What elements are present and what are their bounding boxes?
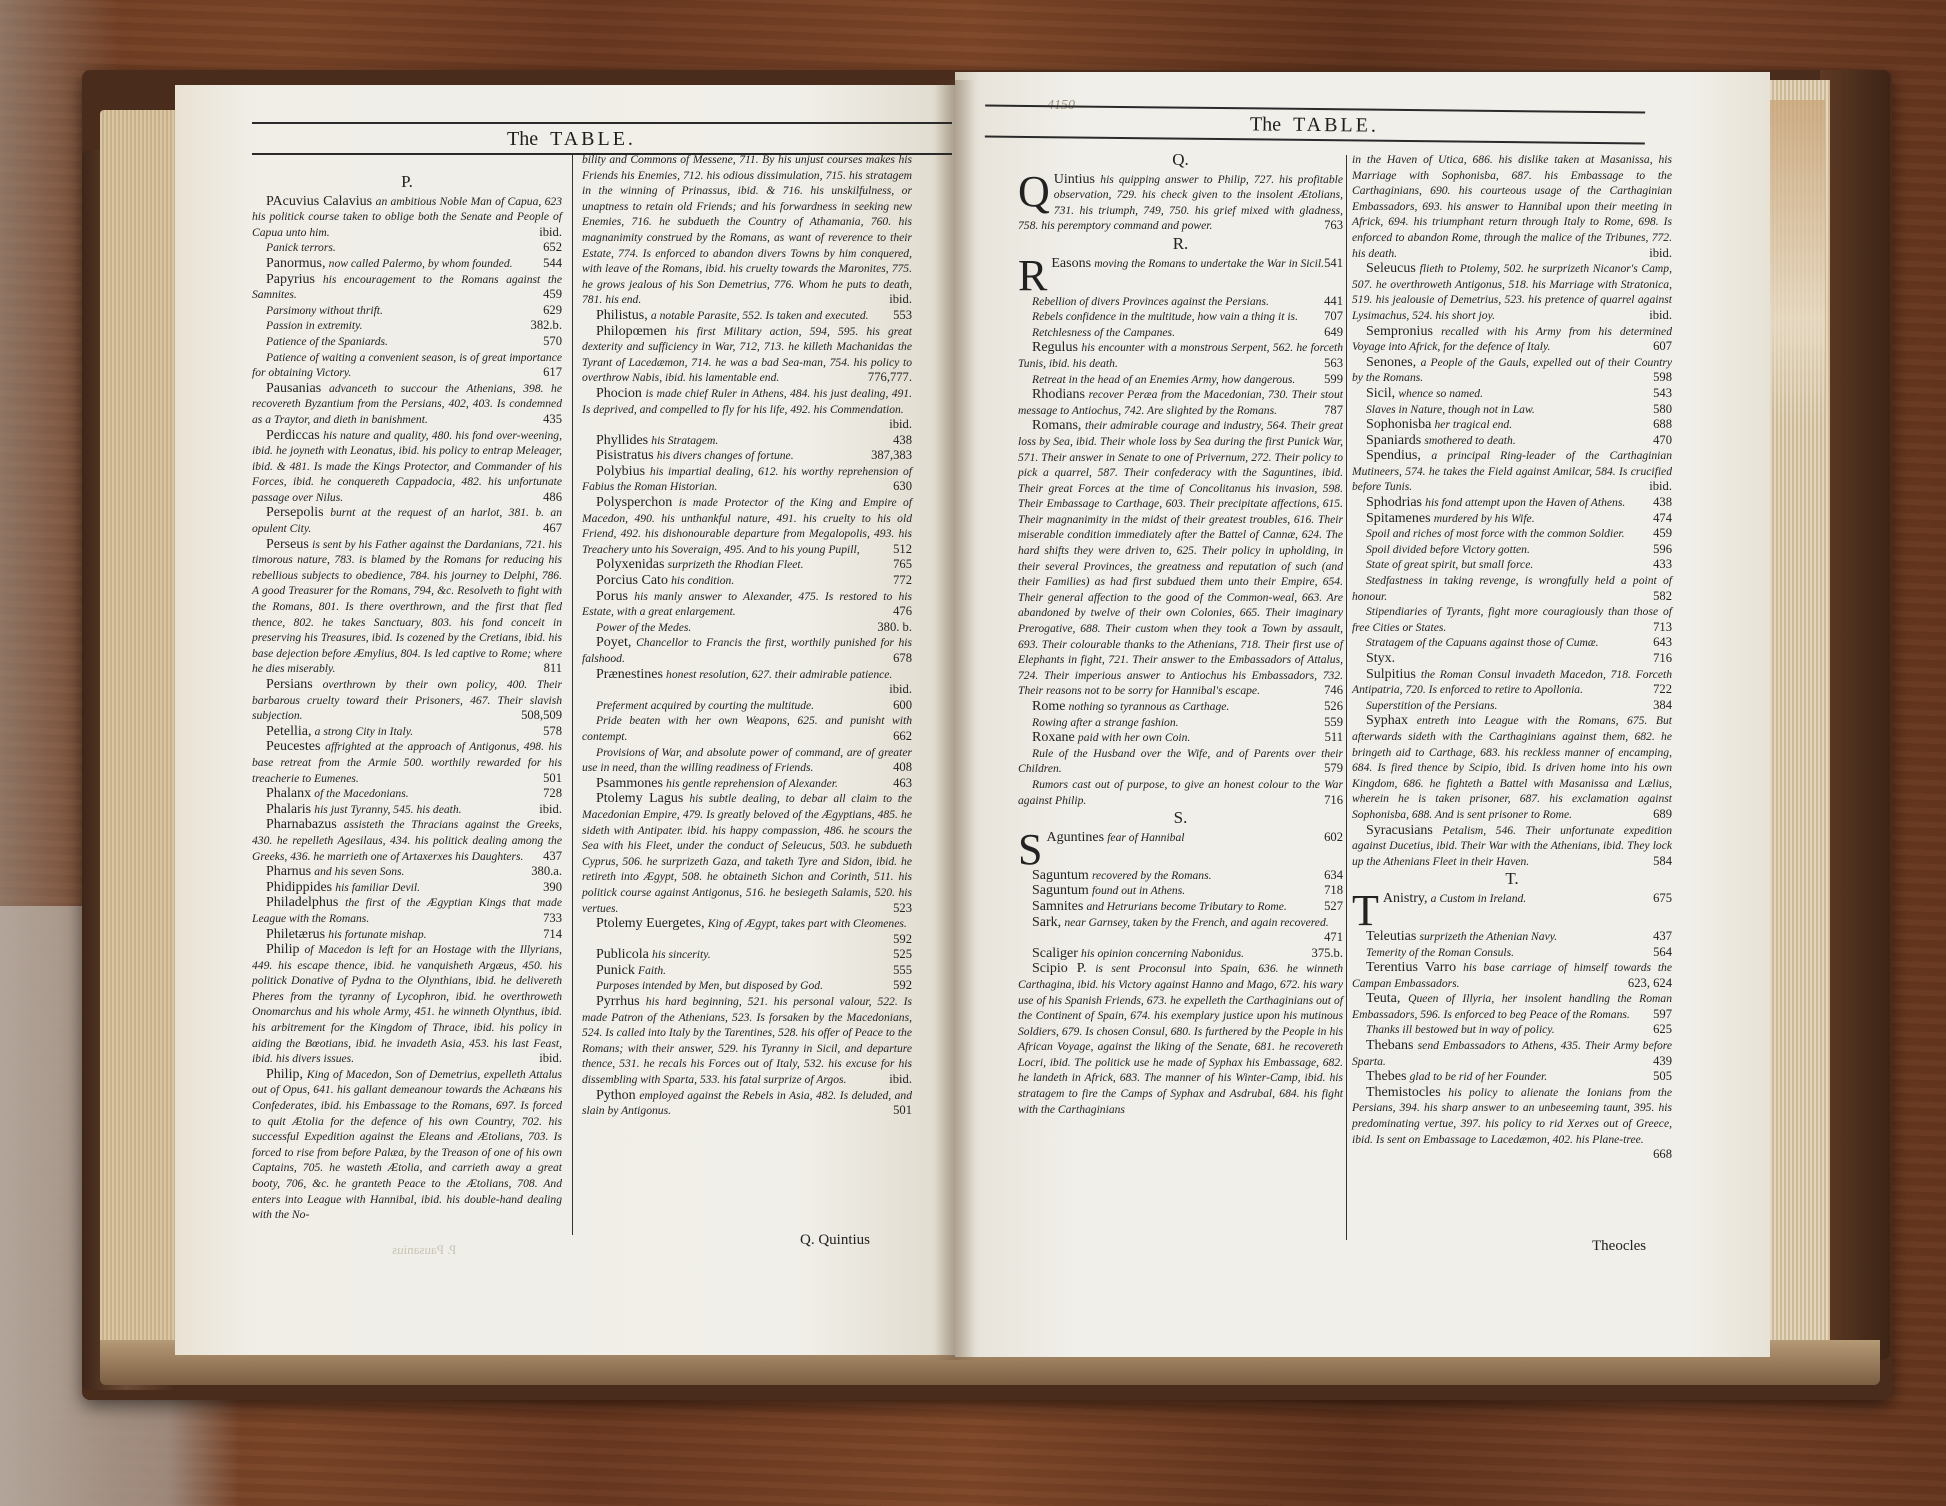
entry-name: Polybius <box>596 464 645 479</box>
entry-name: Thebes <box>1366 1069 1406 1084</box>
index-entry: Scaliger his opinion concerning Nabonidu… <box>1018 946 1343 962</box>
entry-name: Petellia, <box>266 724 312 739</box>
index-entry: Power of the Medes.380. b. <box>582 620 912 636</box>
page-reference: 582 <box>1639 589 1672 605</box>
entry-name: Porus <box>596 589 628 604</box>
entry-description: Stipendiaries of Tyrants, fight more cou… <box>1352 605 1672 634</box>
index-entry: Philip, King of Macedon, Son of Demetriu… <box>252 1067 562 1223</box>
page-reference: 668 <box>1639 1147 1672 1163</box>
page-reference: 597 <box>1639 1007 1672 1023</box>
page-reference: 390 <box>529 880 562 896</box>
entry-description: in the Haven of Utica, 686. his dislike … <box>1352 153 1672 260</box>
index-entry: Peucestes affrighted at the approach of … <box>252 739 562 786</box>
index-entry: Passion in extremity.382.b. <box>252 318 562 334</box>
page-reference: ibid. <box>875 417 912 433</box>
page-reference: 463 <box>879 776 912 792</box>
page-reference: 678 <box>879 651 912 667</box>
index-entry: Roxane paid with her own Coin.511 <box>1018 730 1343 746</box>
index-entry: Phalanx of the Macedonians.728 <box>252 786 562 802</box>
page-reference: 438 <box>1639 495 1672 511</box>
page-reference: 584 <box>1639 854 1672 870</box>
index-entry: Porcius Cato his condition.772 <box>582 573 912 589</box>
index-entries: in the Haven of Utica, 686. his dislike … <box>1352 152 1672 1163</box>
entry-description: their admirable courage and industry, 56… <box>1018 419 1343 697</box>
entry-name: Samnites <box>1032 899 1083 914</box>
entry-name: Sophonisba <box>1366 417 1431 432</box>
index-entry: Panormus, now called Palermo, by whom fo… <box>252 256 562 272</box>
page-reference: 501 <box>879 1103 912 1119</box>
entry-description: his opinion concerning Nabonidus. <box>1081 947 1244 960</box>
page-reference: 625 <box>1639 1022 1672 1038</box>
index-entry: bility and Commons of Messene, 711. By h… <box>582 152 912 308</box>
entry-description: a strong City in Italy. <box>315 725 413 738</box>
index-entry: Persepolis burnt at the request of an ha… <box>252 505 562 536</box>
page-reference: ibid. <box>525 225 562 241</box>
index-entry: Ptolemy Euergetes, King of Ægypt, takes … <box>582 916 912 947</box>
entry-name: Polysperchon <box>596 495 672 510</box>
entry-description: is sent Proconsul into Spain, 636. he wi… <box>1018 962 1343 1115</box>
index-entry: Teuta, Queen of Illyria, her insolent ha… <box>1352 991 1672 1022</box>
page-reference: 598 <box>1639 370 1672 386</box>
page-reference: 459 <box>1639 526 1672 542</box>
entry-name: Saguntum <box>1032 868 1089 883</box>
index-entry: Spoil and riches of most force with the … <box>1352 526 1672 542</box>
page-reference: 600 <box>879 698 912 714</box>
entry-description: honest resolution, 627. their admirable … <box>666 668 892 681</box>
entry-name: Perseus <box>266 537 309 552</box>
entry-name: Sicil, <box>1366 386 1395 401</box>
entry-description: found out in Athens. <box>1092 884 1185 897</box>
entry-name: Seleucus <box>1366 261 1416 276</box>
index-entry: Pharnabazus assisteth the Thracians agai… <box>252 817 562 864</box>
entry-name: Ptolemy Euergetes, <box>596 916 705 931</box>
entry-description: his fond attempt upon the Haven of Athen… <box>1425 496 1625 509</box>
page-reference: 570 <box>529 334 562 350</box>
entry-name: Philistus, <box>596 308 648 323</box>
page-reference: 523 <box>879 901 912 917</box>
right-page-column-2: in the Haven of Utica, 686. his dislike … <box>1352 152 1672 1163</box>
page-reference: 563 <box>1310 356 1343 372</box>
page-reference: 722 <box>1639 682 1672 698</box>
index-entry: Polyxenidas surprizeth the Rhodian Fleet… <box>582 557 912 573</box>
page-reference: 629 <box>529 303 562 319</box>
index-entry: Saguntum recovered by the Romans.634 <box>1018 868 1343 884</box>
index-entry: Petellia, a strong City in Italy.578 <box>252 724 562 740</box>
entry-name: Thebans <box>1366 1038 1413 1053</box>
entry-name: Punick <box>596 963 635 978</box>
entry-name: Rhodians <box>1032 387 1085 402</box>
page-reference: ibid. <box>875 682 912 698</box>
entry-description: is sent by his Father against the Dardan… <box>252 538 562 676</box>
index-entry: Rome nothing so tyrannous as Carthage.52… <box>1018 699 1343 715</box>
entry-description: Patience of waiting a convenient season,… <box>252 351 562 380</box>
page-reference: 435 <box>529 412 562 428</box>
entry-description: and Hetrurians become Tributary to Rome. <box>1087 900 1287 913</box>
entry-description: his manly answer to Alexander, 475. Is r… <box>582 590 912 619</box>
entry-name: Styx. <box>1366 651 1395 666</box>
page-reference: 408 <box>879 760 912 776</box>
index-entry: Stedfastness in taking revenge, is wrong… <box>1352 573 1672 604</box>
index-entry: Pyrrhus his hard beginning, 521. his per… <box>582 994 912 1088</box>
index-entry: Sempronius recalled with his Army from h… <box>1352 324 1672 355</box>
header-table: TABLE. <box>1293 114 1379 137</box>
entry-description: his subtle dealing, to debar all claim t… <box>582 792 912 914</box>
entry-description: Retreat in the head of an Enemies Army, … <box>1032 373 1295 386</box>
book-gutter <box>935 80 975 1360</box>
left-page-column-2: bility and Commons of Messene, 711. By h… <box>582 152 912 1119</box>
page-reference: 643 <box>1639 635 1672 651</box>
book-cover-right-board <box>1820 70 1890 1360</box>
index-entry: Preferment acquired by courting the mult… <box>582 698 912 714</box>
index-entry: Retchlesness of the Campanes.649 <box>1018 325 1343 341</box>
page-reference: 559 <box>1310 715 1343 731</box>
entry-name: Sark, <box>1032 915 1061 930</box>
entry-description: Faith. <box>638 964 666 977</box>
index-entry: Slaves in Nature, though not in Law.580 <box>1352 402 1672 418</box>
entry-description: moving the Romans to undertake the War i… <box>1094 257 1324 270</box>
page-reference: 380.a. <box>517 864 562 880</box>
page-reference: 541 <box>1324 256 1343 272</box>
entry-name: Scaliger <box>1032 946 1078 961</box>
page-reference: 471 <box>1310 930 1343 946</box>
entry-name: Spitamenes <box>1366 511 1431 526</box>
index-entry: Sark, near Garnsey, taken by the French,… <box>1018 915 1343 946</box>
page-reference: 384 <box>1639 698 1672 714</box>
index-entry: Seleucus flieth to Ptolemy, 502. he surp… <box>1352 261 1672 323</box>
page-reference: 459 <box>529 287 562 303</box>
index-entries: PAcuvius Calavius an ambitious Noble Man… <box>252 194 562 1223</box>
page-reference: 776,777. <box>854 370 912 386</box>
index-entry: Sicil, whence so named.543 <box>1352 386 1672 402</box>
entry-description: Panick terrors. <box>266 241 336 254</box>
page-reference: 617 <box>529 365 562 381</box>
right-column-divider <box>1346 155 1347 1240</box>
entry-name: Poyet, <box>596 635 631 650</box>
page-reference: 728 <box>529 786 562 802</box>
entry-name: Pharnabazus <box>266 817 337 832</box>
entry-description: entreth into League with the Romans, 675… <box>1352 714 1672 821</box>
page-reference: 602 <box>1324 830 1343 846</box>
entry-name: PAcuvius Calavius <box>266 194 372 209</box>
page-reference: 437 <box>529 849 562 865</box>
left-header-title: TheTABLE. <box>252 124 952 153</box>
index-entry: Polybius his impartial dealing, 612. his… <box>582 464 912 495</box>
page-reference: 553 <box>879 308 912 324</box>
left-page-column-1: P. PAcuvius Calavius an ambitious Noble … <box>252 172 562 1223</box>
entry-description: his Stratagem. <box>651 434 718 447</box>
entry-name: Syphax <box>1366 713 1408 728</box>
page-reference: 763 <box>1324 218 1343 234</box>
index-entry: Phidippides his familiar Devil.390 <box>252 880 562 896</box>
entry-description: a notable Parasite, 552. Is taken and ex… <box>651 309 869 322</box>
entry-description: Power of the Medes. <box>596 621 691 634</box>
entry-name: Rome <box>1032 699 1065 714</box>
entry-name: Pisistratus <box>596 448 654 463</box>
entry-description: surprizeth the Athenian Navy. <box>1420 930 1558 943</box>
page-reference: 527 <box>1310 899 1343 915</box>
index-entry: Spaniards smothered to death.470 <box>1352 433 1672 449</box>
entry-description: fear of Hannibal <box>1107 831 1184 844</box>
entry-description: Stratagem of the Capuans against those o… <box>1366 636 1599 649</box>
index-entry: Rebellion of divers Provinces against th… <box>1018 294 1343 310</box>
section-letter: S. <box>1018 810 1343 826</box>
page-reference: ibid. <box>525 1051 562 1067</box>
entry-description: Preferment acquired by courting the mult… <box>596 699 814 712</box>
page-reference: 439 <box>1639 1054 1672 1070</box>
entry-name: Regulus <box>1032 340 1078 355</box>
entry-description: Temerity of the Roman Consuls. <box>1366 946 1514 959</box>
index-entry: Thebes glad to be rid of her Founder.505 <box>1352 1069 1672 1085</box>
page-reference: 501 <box>529 771 562 787</box>
page-reference: 707 <box>1310 309 1343 325</box>
entry-name: Saguntum <box>1032 883 1089 898</box>
index-entry: Syracusians Petalism, 546. Their unfortu… <box>1352 823 1672 870</box>
entry-name: Psammones <box>596 776 663 791</box>
page-reference: 652 <box>529 240 562 256</box>
page-reference: 467 <box>529 521 562 537</box>
entry-name: Spendius, <box>1366 448 1421 463</box>
entry-description: his condition. <box>671 574 734 587</box>
index-entry: Pisistratus his divers changes of fortun… <box>582 448 912 464</box>
index-entry: Phyllides his Stratagem.438 <box>582 433 912 449</box>
index-entries: bility and Commons of Messene, 711. By h… <box>582 152 912 1119</box>
page-reference: 375.b. <box>1298 946 1343 962</box>
page-reference: 634 <box>1310 868 1343 884</box>
entry-name: Aguntines <box>1046 830 1104 845</box>
index-entry: Patience of waiting a convenient season,… <box>252 350 562 381</box>
entry-description: and his seven Sons. <box>314 865 404 878</box>
entry-name: Sempronius <box>1366 324 1433 339</box>
page-reference: 675 <box>1653 891 1672 907</box>
catchword: Theocles <box>1592 1238 1646 1255</box>
index-entry: QUintius his quipping answer to Philip, … <box>1018 172 1343 234</box>
entry-name: Roxane <box>1032 730 1075 745</box>
page-reference: 555 <box>879 963 912 979</box>
index-entry: State of great spirit, but small force.4… <box>1352 557 1672 573</box>
entry-description: Passion in extremity. <box>266 319 363 332</box>
page-reference: ibid. <box>1649 246 1672 262</box>
index-entry: Perdiccas his nature and quality, 480. h… <box>252 428 562 506</box>
entry-description: Superstition of the Persians. <box>1366 699 1497 712</box>
index-entry: Terentius Varro his base carriage of him… <box>1352 960 1672 991</box>
page-reference: 716 <box>1639 651 1672 667</box>
page-reference: 579 <box>1310 761 1343 777</box>
page-reference: 526 <box>1310 699 1343 715</box>
index-entry: Rowing after a strange fashion.559 <box>1018 715 1343 731</box>
page-reference: 662 <box>879 729 912 745</box>
index-entry: Philip of Macedon is left for an Hostage… <box>252 942 562 1067</box>
page-reference: 508,509 <box>507 708 562 724</box>
index-entry: Persians overthrown by their own policy,… <box>252 677 562 724</box>
entry-name: Phalanx <box>266 786 311 801</box>
page-reference: ibid. <box>889 292 912 308</box>
entry-description: his divers changes of fortune. <box>657 449 794 462</box>
entry-name: Easons <box>1051 256 1091 271</box>
entry-description: Patience of the Spaniards. <box>266 335 388 348</box>
index-entry: Purposes intended by Men, but disposed b… <box>582 978 912 994</box>
header-table: TABLE. <box>550 128 636 150</box>
entry-name: Teleutias <box>1366 929 1416 944</box>
page-reference: 380. b. <box>863 620 912 636</box>
entry-description: a Custom in Ireland. <box>1431 892 1527 905</box>
entry-name: Philadelphus <box>266 895 338 910</box>
index-entry: Papyrius his encouragement to the Romans… <box>252 272 562 303</box>
entry-name: Polyxenidas <box>596 557 664 572</box>
entry-description: her tragical end. <box>1435 418 1513 431</box>
index-entry: PAcuvius Calavius an ambitious Noble Man… <box>252 194 562 241</box>
page-reference: 714 <box>529 927 562 943</box>
entry-name: Themistocles <box>1366 1085 1441 1100</box>
page-reference: 689 <box>1639 807 1672 823</box>
drop-cap: R <box>1018 258 1047 294</box>
index-entry: Sophonisba her tragical end.688 <box>1352 417 1672 433</box>
entry-name: Philetærus <box>266 927 325 942</box>
index-entry: Sphodrias his fond attempt upon the Have… <box>1352 495 1672 511</box>
page-reference: 486 <box>529 490 562 506</box>
index-entry: Panick terrors.652 <box>252 240 562 256</box>
page-reference: 649 <box>1310 325 1343 341</box>
index-entry: Phocion is made chief Ruler in Athens, 4… <box>582 386 912 433</box>
entry-name: Phyllides <box>596 433 648 448</box>
index-entry: Rumors cast out of purpose, to give an h… <box>1018 777 1343 808</box>
page-reference: 765 <box>879 557 912 573</box>
page-reference: 441 <box>1310 294 1343 310</box>
drop-cap: Q <box>1018 174 1050 210</box>
page-reference: 630 <box>879 479 912 495</box>
index-entry: Philetærus his fortunate mishap.714 <box>252 927 562 943</box>
header-the: The <box>1250 113 1281 135</box>
page-reference: 713 <box>1639 620 1672 636</box>
page-reference: 476 <box>879 604 912 620</box>
entry-description: his fortunate mishap. <box>328 928 426 941</box>
page-reference: 544 <box>529 256 562 272</box>
entry-description: Rule of the Husband over the Wife, and o… <box>1018 747 1343 776</box>
page-reference: 525 <box>879 947 912 963</box>
index-entries: Q.QUintius his quipping answer to Philip… <box>1018 152 1343 1117</box>
entry-description: of the Macedonians. <box>314 787 408 800</box>
index-entry: Perseus is sent by his Father against th… <box>252 537 562 677</box>
entry-description: nothing so tyrannous as Carthage. <box>1069 700 1230 713</box>
page-reference: 437 <box>1639 929 1672 945</box>
page-reference: 733 <box>529 911 562 927</box>
index-entry: Rebels confidence in the multitude, how … <box>1018 309 1343 325</box>
entry-description: smothered to death. <box>1424 434 1515 447</box>
entry-description: Purposes intended by Men, but disposed b… <box>596 979 823 992</box>
entry-description: murdered by his Wife. <box>1434 512 1535 525</box>
index-entry: Patience of the Spaniards.570 <box>252 334 562 350</box>
entry-name: Syracusians <box>1366 823 1433 838</box>
page-reference: 433 <box>1639 557 1672 573</box>
entry-name: Pyrrhus <box>596 994 640 1009</box>
right-page-column-1: Q.QUintius his quipping answer to Philip… <box>1018 150 1343 1117</box>
entry-name: Persepolis <box>266 505 324 520</box>
index-entry: Teleutias surprizeth the Athenian Navy.4… <box>1352 929 1672 945</box>
index-entry: Pride beaten with her own Weapons, 625. … <box>582 713 912 744</box>
entry-description: Rebels confidence in the multitude, how … <box>1032 310 1298 323</box>
entry-name: Uintius <box>1054 172 1095 187</box>
entry-description: Parsimony without thrift. <box>266 304 383 317</box>
index-entry: TAnistry, a Custom in Ireland.675 <box>1352 891 1672 929</box>
entry-description: Pride beaten with her own Weapons, 625. … <box>582 714 912 743</box>
index-entry: Regulus his encounter with a monstrous S… <box>1018 340 1343 371</box>
page-reference: 596 <box>1639 542 1672 558</box>
page-reference: 607 <box>1639 339 1672 355</box>
index-entry: Publicola his sincerity.525 <box>582 947 912 963</box>
page-reference: 505 <box>1639 1069 1672 1085</box>
entry-name: Philip <box>266 942 299 957</box>
section-letter: P. <box>252 174 562 190</box>
entry-description: paid with her own Coin. <box>1078 731 1190 744</box>
entry-description: King of Macedon, Son of Demetrius, expel… <box>252 1068 562 1221</box>
entry-description: Slaves in Nature, though not in Law. <box>1366 403 1535 416</box>
entry-name: Panormus, <box>266 256 326 271</box>
index-entry: Punick Faith.555 <box>582 963 912 979</box>
entry-description: Retchlesness of the Campanes. <box>1032 326 1175 339</box>
index-entry: Temerity of the Roman Consuls.564 <box>1352 945 1672 961</box>
entry-name: Scipio P. <box>1032 961 1087 976</box>
index-entry: Prænestines honest resolution, 627. thei… <box>582 667 912 698</box>
entry-description: recovered by the Romans. <box>1092 869 1212 882</box>
page-reference: 382.b. <box>517 318 562 334</box>
page-reference: 688 <box>1639 417 1672 433</box>
index-entry: Romans, their admirable courage and indu… <box>1018 418 1343 699</box>
index-entry: in the Haven of Utica, 686. his dislike … <box>1352 152 1672 261</box>
index-entry: SAguntines fear of Hannibal602 <box>1018 830 1343 868</box>
page-reference: 592 <box>879 978 912 994</box>
page-reference: 599 <box>1310 372 1343 388</box>
catchword: Q. Quintius <box>800 1232 870 1249</box>
entry-description: Rumors cast out of purpose, to give an h… <box>1018 778 1343 807</box>
entry-description: surprizeth the Rhodian Fleet. <box>668 558 804 571</box>
entry-name: Python <box>596 1088 636 1103</box>
page-reference: 746 <box>1310 683 1343 699</box>
entry-description: his gentle reprehension of Alexander. <box>666 777 838 790</box>
entry-description: Provisions of War, and absolute power of… <box>582 746 912 775</box>
entry-description: bility and Commons of Messene, 711. By h… <box>582 153 912 306</box>
entry-description: near Garnsey, taken by the French, and a… <box>1064 916 1328 929</box>
page-reference: ibid. <box>525 802 562 818</box>
entry-name: Papyrius <box>266 272 315 287</box>
index-entry: Phalaris his just Tyranny, 545. his deat… <box>252 802 562 818</box>
entry-name: Philopœmen <box>596 324 667 339</box>
index-entry: Pausanias advanceth to succour the Athen… <box>252 381 562 428</box>
index-entry: Porus his manly answer to Alexander, 475… <box>582 589 912 620</box>
entry-description: Thanks ill bestowed but in way of policy… <box>1366 1023 1555 1036</box>
entry-name: Sulpitius <box>1366 667 1416 682</box>
entry-name: Romans, <box>1032 418 1081 433</box>
entry-description: Spoil and riches of most force with the … <box>1366 527 1624 540</box>
page-reference: 438 <box>879 433 912 449</box>
page-reference: 511 <box>1311 730 1343 746</box>
show-through-text: P. Pausanius <box>392 1242 456 1258</box>
header-the: The <box>507 128 538 150</box>
index-entry: Thebans send Embassadors to Athens, 435.… <box>1352 1038 1672 1069</box>
drop-cap: S <box>1018 832 1042 868</box>
entry-name: Anistry, <box>1383 891 1428 906</box>
index-entry: Ptolemy Lagus his subtle dealing, to deb… <box>582 791 912 916</box>
left-page-header: TheTABLE. <box>252 122 952 155</box>
page-reference: 543 <box>1639 386 1672 402</box>
index-entry: Senones, a People of the Gauls, expelled… <box>1352 355 1672 386</box>
index-entry: Themistocles his policy to alienate the … <box>1352 1085 1672 1163</box>
index-entry: Stratagem of the Capuans against those o… <box>1352 635 1672 651</box>
entry-description: his sincerity. <box>652 948 711 961</box>
entry-description: State of great spirit, but small force. <box>1366 558 1533 571</box>
entry-name: Porcius Cato <box>596 573 668 588</box>
entry-description: Chancellor to Francis the first, worthil… <box>582 636 912 665</box>
page-reference: 787 <box>1310 403 1343 419</box>
index-entry: Parsimony without thrift.629 <box>252 303 562 319</box>
